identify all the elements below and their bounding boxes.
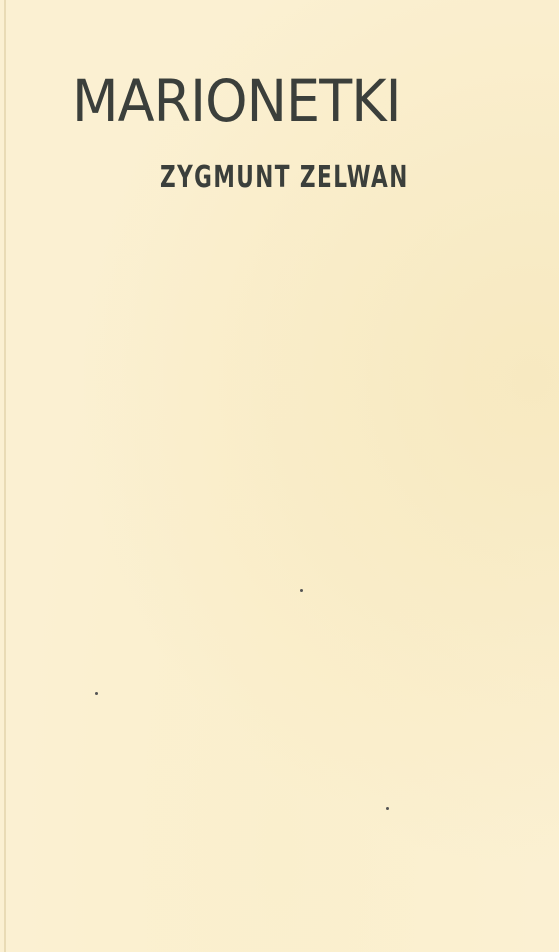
page-edge-shadow bbox=[4, 0, 6, 952]
book-title: MARIONETKI bbox=[72, 66, 401, 136]
book-title-page: MARIONETKI ZYGMUNT ZELWAN bbox=[0, 0, 559, 952]
book-author: ZYGMUNT ZELWAN bbox=[160, 158, 409, 198]
paper-speck bbox=[386, 807, 389, 810]
paper-speck bbox=[300, 589, 303, 592]
paper-speck bbox=[95, 692, 98, 695]
